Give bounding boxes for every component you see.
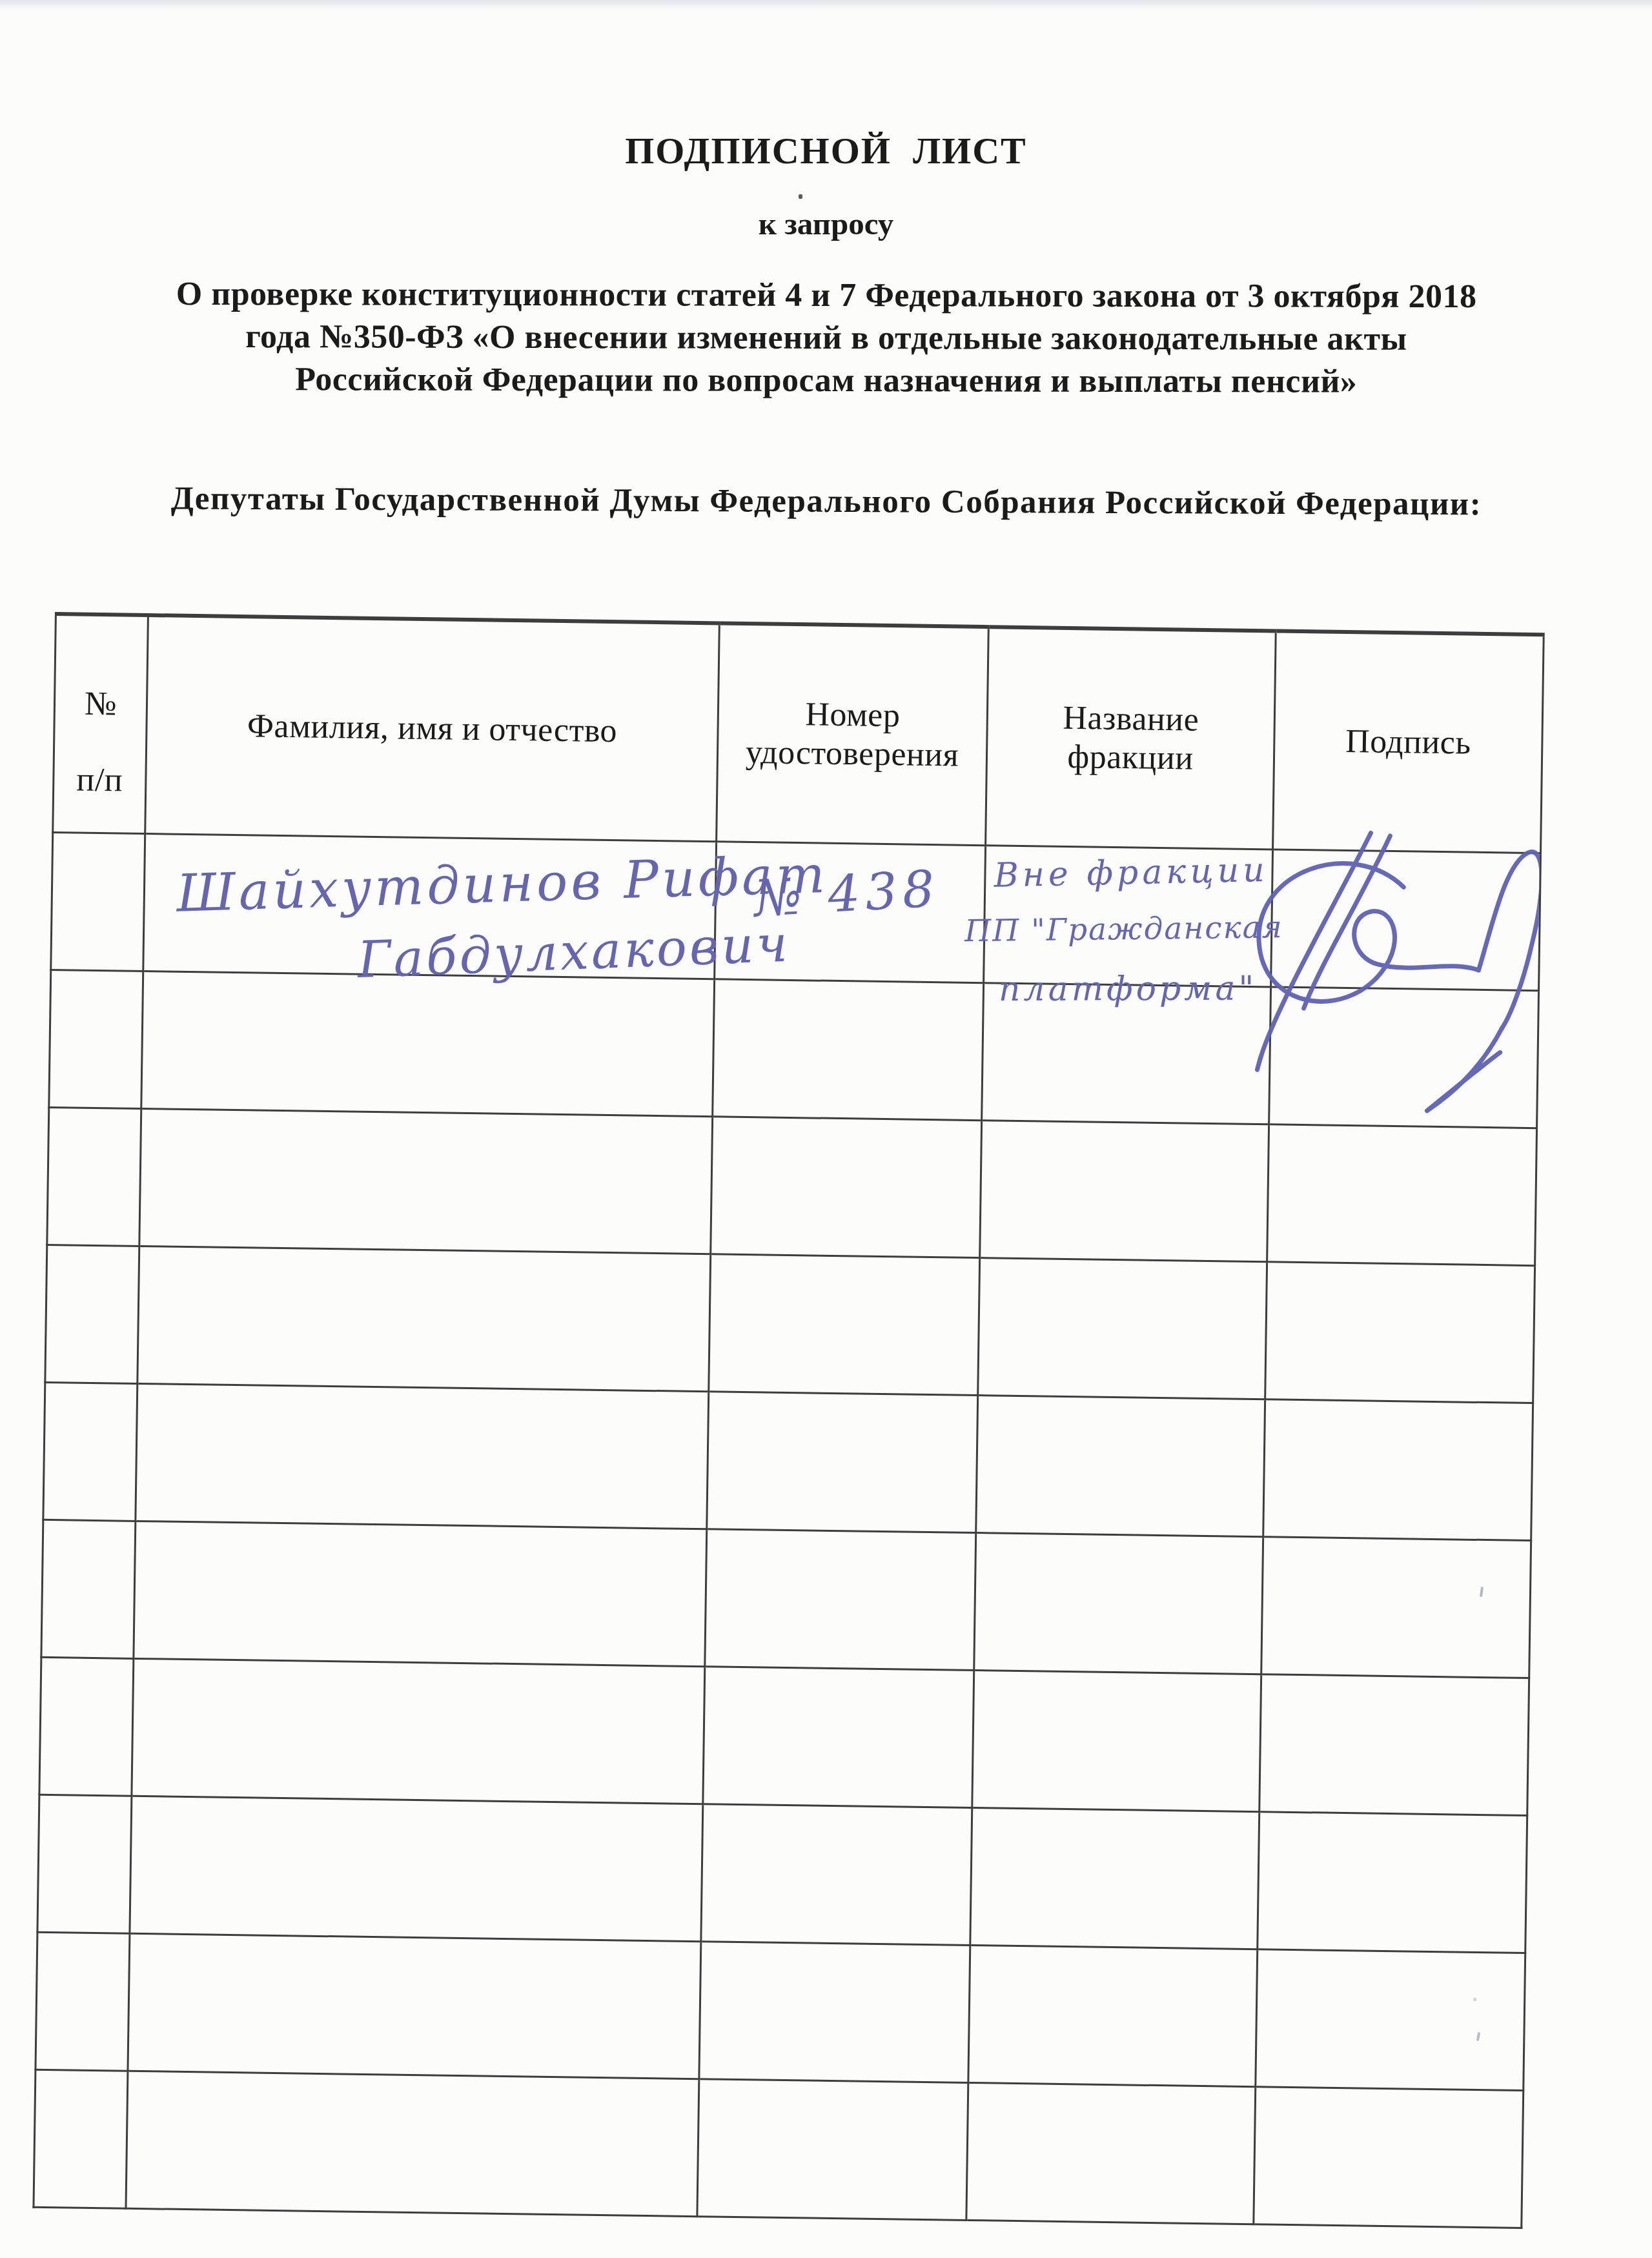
cell-full-name — [141, 971, 715, 1116]
cell-full-name — [134, 1521, 707, 1666]
cell-row-number — [36, 1932, 130, 2071]
cell-row-number — [49, 970, 143, 1108]
cell-full-name — [138, 1246, 711, 1391]
cell-signature — [1259, 1674, 1529, 1816]
cell-full-name — [139, 1108, 713, 1254]
cell-full-name — [130, 1796, 703, 1941]
cell-faction — [974, 1533, 1263, 1674]
table-header-row: № п/п Фамилия, имя и отчество Номер удос… — [53, 614, 1544, 853]
request-description: О проверке конституционности статей 4 и … — [116, 273, 1536, 404]
cell-certificate-number — [713, 979, 984, 1121]
document-subtitle: к запросу — [0, 205, 1652, 242]
scan-speck — [1473, 1998, 1476, 2001]
header-certificate-line2: удостоверения — [746, 733, 959, 775]
cell-row-number — [41, 1520, 136, 1658]
cell-faction — [978, 1258, 1267, 1399]
signature-table: № п/п Фамилия, имя и отчество Номер удос… — [32, 612, 1544, 2229]
table-row-empty — [36, 1932, 1525, 2090]
cell-faction — [970, 1808, 1259, 1949]
cell-faction — [968, 1945, 1258, 2086]
request-description-line: О проверке конституционности статей 4 и … — [116, 273, 1536, 319]
cell-signature — [1263, 1399, 1533, 1541]
handwritten-faction-line2: ПП "Гражданская — [964, 910, 1283, 949]
cell-full-name — [136, 1383, 709, 1529]
cell-row-number — [34, 2070, 128, 2208]
cell-certificate-number — [703, 1667, 974, 1808]
cell-certificate-number: № 438 — [715, 842, 986, 983]
header-faction-line1: Название — [1063, 699, 1199, 740]
header-full-name: Фамилия, имя и отчество — [145, 615, 720, 842]
scan-edge-artifact — [0, 0, 1652, 10]
header-row-number: № п/п — [53, 614, 148, 833]
cell-certificate-number — [709, 1254, 980, 1396]
table-row-empty — [47, 1107, 1537, 1265]
cell-full-name: Шайхутдинов Рифат Габдулхакович — [143, 833, 717, 979]
cell-row-number — [45, 1245, 139, 1383]
cell-full-name — [132, 1658, 705, 1804]
cell-signature — [1267, 1124, 1537, 1266]
table-row-entry-1: Шайхутдинов Рифат Габдулхакович № 438 Вн… — [51, 832, 1541, 990]
cell-certificate-number — [701, 1804, 972, 1946]
cell-certificate-number — [711, 1117, 982, 1258]
header-full-name-label: Фамилия, имя и отчество — [247, 707, 618, 749]
cell-full-name — [128, 1933, 701, 2079]
handwritten-certificate-number: № 438 — [753, 860, 941, 928]
table-row-empty — [45, 1245, 1535, 1403]
table-row-empty — [34, 2070, 1524, 2228]
header-signature: Подпись — [1273, 631, 1544, 853]
cell-row-number — [43, 1382, 138, 1521]
cell-faction: Вне фракции ПП "Гражданская платформа" — [984, 846, 1273, 987]
cell-faction — [980, 1121, 1269, 1262]
handwritten-faction-line1: Вне фракции — [994, 851, 1269, 895]
scan-speck — [799, 194, 802, 199]
header-row-number-sign: № — [85, 685, 117, 724]
cell-faction — [982, 983, 1271, 1124]
table-row-empty — [41, 1520, 1531, 1678]
cell-signature — [1256, 1949, 1525, 2091]
header-certificate-line1: Номер — [805, 695, 901, 735]
header-row-number-label: п/п — [76, 760, 123, 800]
signers-heading: Депутаты Государственной Думы Федерально… — [97, 480, 1556, 524]
cell-faction — [972, 1671, 1261, 1812]
cell-faction — [966, 2082, 1256, 2224]
header-certificate-number: Номер удостоверения — [717, 623, 989, 845]
document-title: ПОДПИСНОЙ ЛИСТ — [0, 129, 1652, 172]
header-faction-name: Название фракции — [986, 627, 1276, 849]
cell-full-name — [126, 2071, 699, 2216]
cell-certificate-number — [707, 1392, 978, 1533]
cell-certificate-number — [705, 1529, 976, 1671]
cell-row-number — [37, 1795, 132, 1933]
table-row-empty — [49, 970, 1539, 1128]
cell-signature — [1258, 1812, 1527, 1953]
cell-signature — [1271, 849, 1541, 991]
table-row-empty — [43, 1382, 1533, 1540]
cell-signature — [1254, 2087, 1524, 2228]
cell-certificate-number — [697, 2079, 968, 2221]
cell-row-number — [39, 1657, 134, 1796]
cell-certificate-number — [699, 1942, 970, 2083]
cell-signature — [1265, 1262, 1535, 1403]
cell-row-number — [47, 1107, 141, 1246]
signature-table-wrap: № п/п Фамилия, имя и отчество Номер удос… — [33, 612, 1543, 2206]
cell-signature — [1269, 987, 1539, 1128]
cell-faction — [976, 1396, 1265, 1537]
request-description-line: Российской Федерации по вопросам назначе… — [116, 358, 1536, 404]
table-row-empty — [37, 1795, 1527, 1953]
cell-row-number — [51, 832, 145, 971]
header-signature-label: Подпись — [1345, 723, 1471, 762]
cell-signature — [1261, 1537, 1531, 1678]
request-description-line: года №350-ФЗ «О внесении изменений в отд… — [116, 316, 1536, 361]
scanned-document-page: ПОДПИСНОЙ ЛИСТ к запросу О проверке конс… — [0, 0, 1652, 2258]
header-faction-line2: фракции — [1067, 738, 1194, 778]
table-row-empty — [39, 1657, 1529, 1815]
